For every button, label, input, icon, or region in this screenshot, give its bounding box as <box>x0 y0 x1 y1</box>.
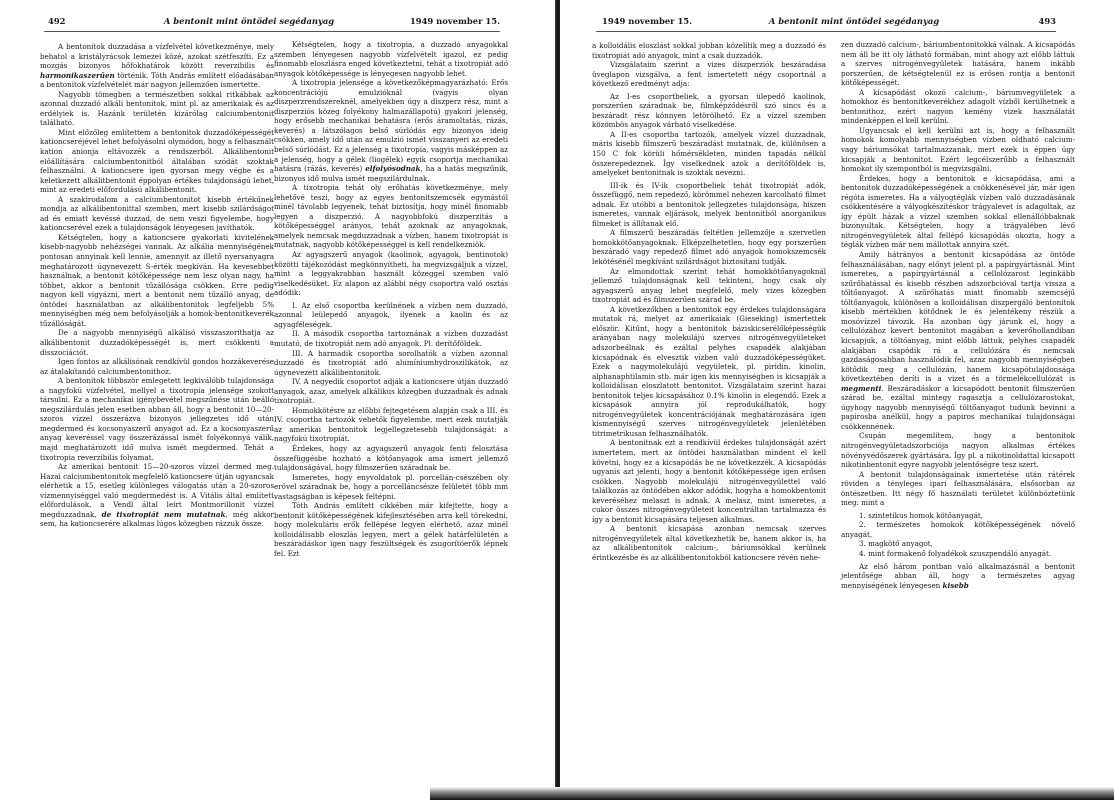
list-item: 1. szintetikus homok kötőanyagát, <box>841 511 1075 521</box>
paragraph: A bentonit tulajdonságainak ismertetése … <box>841 470 1075 508</box>
text-column: A bentonitok duzzadása a vízfelvétel köv… <box>40 42 274 529</box>
paragraph: Az agyagszerű anyagok (kaolinok, agyagok… <box>274 250 508 298</box>
paragraph: Az első három pontban való alkalmazásnál… <box>841 562 1075 591</box>
left-page: 492 A bentonit mint öntödei segédanyag 1… <box>0 0 556 800</box>
paragraph: Ugyancsak el kell kerülni azt is, hogy a… <box>841 126 1075 174</box>
paragraph: Érdekes, hogy az agyagszerű anyagok fent… <box>274 444 508 473</box>
paragraph: Az elmondottak szerint tehát homokkötőan… <box>592 267 826 305</box>
paragraph: A bentonit kicsapása azonban nemcsak sze… <box>592 524 826 562</box>
running-title: A bentonit mint öntödei segédanyag <box>712 16 996 26</box>
header-rule <box>596 31 1056 32</box>
paragraph: Mint előzőleg említettem a bentonitok du… <box>40 128 274 195</box>
paragraph: II. A második csoportba tartoznának a ví… <box>274 329 508 348</box>
paragraph: IV. A negyedik csoportot adják a kationc… <box>274 377 508 406</box>
paragraph: A tixotropia tehát oly erőhatás következ… <box>274 183 508 250</box>
emphasized-text: de tixotropiát nem mutatnak <box>102 510 226 519</box>
paragraph: De a nagyobb mennyiségű alkálisó visszas… <box>40 328 274 357</box>
paragraph: Az amerikai bentonit 15—20-szoros vízzel… <box>40 462 274 529</box>
issue-date: 1949 november 15. <box>390 16 500 26</box>
paragraph: A bentonitok duzzadása a vízfelvétel köv… <box>40 42 274 90</box>
running-title: A bentonit mint öntödei segédanyag <box>108 16 390 26</box>
paragraph: Vizsgálataim szerint a vizes diszperziók… <box>592 60 826 89</box>
text-column: Kétségtelen, hogy a tixotropia, a duzzad… <box>274 40 508 559</box>
paragraph: Igen fontos az alkálisónak rendkívül gon… <box>40 357 274 376</box>
paragraph: A II-es csoportba tartozók, amelyek vízz… <box>592 130 826 178</box>
paragraph: Tóth András említett cikkében már kifejt… <box>274 501 508 558</box>
paragraph: A következőkben a bentonitok egy érdekes… <box>592 305 826 439</box>
paragraph: Kétségtelen, hogy a kationcsere gyakorla… <box>40 233 274 328</box>
list-item: 4. mint formakenő folyadékok szuszpendál… <box>841 549 1075 559</box>
paragraph: Homokkötésre az előbbi fejtegetésem alap… <box>274 406 508 444</box>
scan-edge-shadow <box>430 787 1114 800</box>
paragraph: A bentonitok többször emlegetett legkivá… <box>40 376 274 462</box>
paragraph: Ismeretes, hogy enyvoldatok pl. porcellá… <box>274 473 508 502</box>
paragraph: I. Az első csoportba kerülnének a vízben… <box>274 301 508 330</box>
header-rule <box>44 31 500 32</box>
emphasized-text: elfolyósodnak <box>365 164 420 173</box>
text-column: zen duzzadó calcium-, báriumbentonitokká… <box>841 40 1075 590</box>
paragraph: Nagyobb tömegben a természetben sokkal r… <box>40 90 274 128</box>
running-header: 492 A bentonit mint öntödei segédanyag 1… <box>48 16 500 30</box>
list-item: 2. természetes homokok kötőképességének … <box>841 520 1075 539</box>
list-item: 3. magkötő anyagot, <box>841 539 1075 549</box>
emphasized-text: megmenti <box>841 384 881 393</box>
running-header: 1949 november 15. A bentonit mint öntöde… <box>602 16 1056 30</box>
paragraph: III. A harmadik csoportba sorolhatók a v… <box>274 349 508 378</box>
emphasized-text: kisebb <box>943 581 969 590</box>
paragraph: III-ik és IV-ik csoportbeliek tehát tixo… <box>592 181 826 229</box>
paragraph: Amily hátrányos a bentonit kicsapódása a… <box>841 250 1075 431</box>
paragraph: A bentonitnak ezt a rendkívül érdekes tu… <box>592 438 826 524</box>
paragraph: Érdekes, hogy a bentonitok e kicsapódása… <box>841 174 1075 250</box>
page-number: 492 <box>48 16 108 26</box>
issue-date: 1949 november 15. <box>602 16 712 26</box>
paragraph: Csupán megemlítem, hogy a bentonitok nit… <box>841 431 1075 469</box>
paragraph: Az I-es csoportbeliek, a gyorsan ülepedő… <box>592 92 826 130</box>
paragraph: A tixotropia jelensége a következőképmag… <box>274 78 508 183</box>
paragraph: a kolloidális eloszlást sokkal jobban kö… <box>592 41 826 60</box>
paragraph: A szakirodalom a calciumbentonitot kiseb… <box>40 195 274 233</box>
paragraph: A filmszerű beszáradás feltétlen jellemz… <box>592 228 826 266</box>
right-page: 1949 november 15. A bentonit mint öntöde… <box>560 0 1114 800</box>
emphasized-text: harmonikaszerűen <box>40 71 115 80</box>
paragraph: Kétségtelen, hogy a tixotropia, a duzzad… <box>274 40 508 78</box>
paragraph: A kicsapódást okozó calcium-, báriumvegy… <box>841 88 1075 126</box>
page-number: 493 <box>996 16 1056 26</box>
paragraph: zen duzzadó calcium-, báriumbentonitokká… <box>841 40 1075 88</box>
text-column: a kolloidális eloszlást sokkal jobban kö… <box>592 41 826 563</box>
